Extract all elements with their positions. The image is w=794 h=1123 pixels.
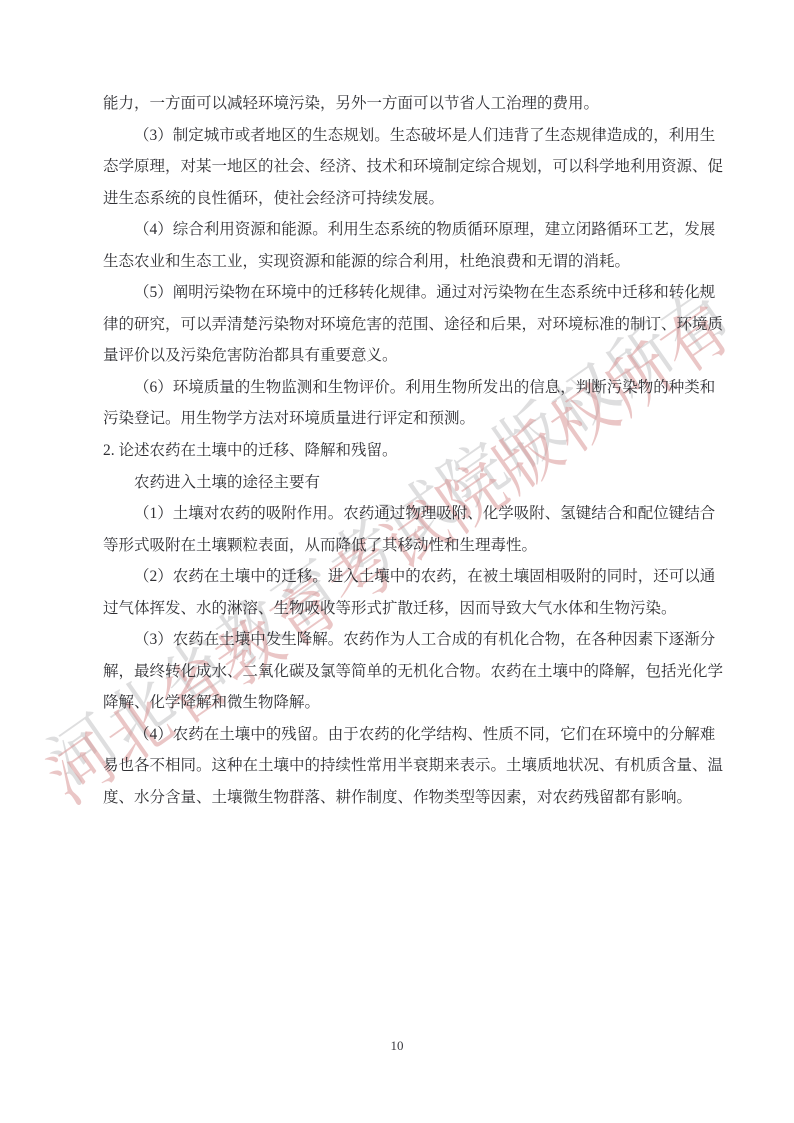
text-line: 进生态系统的良性循环，使社会经济可持续发展。 bbox=[103, 183, 695, 215]
text-line: 降解、化学降解和微生物降解。 bbox=[103, 687, 695, 719]
text-line: 生态农业和生态工业，实现资源和能源的综合利用，杜绝浪费和无谓的消耗。 bbox=[103, 246, 695, 278]
document-body: 能力，一方面可以减轻环境污染，另外一方面可以节省人工治理的费用。（3）制定城市或… bbox=[103, 88, 695, 814]
text-line: （1）土壤对农药的吸附作用。农药通过物理吸附、化学吸附、氢键结合和配位键结合 bbox=[103, 498, 695, 530]
text-line: 量评价以及污染危害防治都具有重要意义。 bbox=[103, 340, 695, 372]
text-line: （5）阐明污染物在环境中的迁移转化规律。通过对污染物在生态系统中迁移和转化规 bbox=[103, 277, 695, 309]
text-line: （4）综合利用资源和能源。利用生态系统的物质循环原理，建立闭路循环工艺，发展 bbox=[103, 214, 695, 246]
page-number: 10 bbox=[0, 1038, 794, 1054]
text-line: 过气体挥发、水的淋溶、生物吸收等形式扩散迁移，因而导致大气水体和生物污染。 bbox=[103, 593, 695, 625]
text-line: （2）农药在土壤中的迁移。进入土壤中的农药，在被土壤固相吸附的同时，还可以通 bbox=[103, 561, 695, 593]
document-page: 河北省教育考试院版权所有 河北省教育考试院版权所有 能力，一方面可以减轻环境污染… bbox=[0, 0, 794, 1123]
text-line: 易也各不相同。这种在土壤中的持续性常用半衰期来表示。土壤质地状况、有机质含量、温 bbox=[103, 750, 695, 782]
text-line: 律的研究，可以弄清楚污染物对环境危害的范围、途径和后果，对环境标准的制订、环境质 bbox=[103, 309, 695, 341]
text-line: 等形式吸附在土壤颗粒表面，从而降低了其移动性和生理毒性。 bbox=[103, 530, 695, 562]
text-line: （6）环境质量的生物监测和生物评价。利用生物所发出的信息，判断污染物的种类和 bbox=[103, 372, 695, 404]
text-line: 态学原理，对某一地区的社会、经济、技术和环境制定综合规划，可以科学地利用资源、促 bbox=[103, 151, 695, 183]
text-line: 能力，一方面可以减轻环境污染，另外一方面可以节省人工治理的费用。 bbox=[103, 88, 695, 120]
text-line: 2. 论述农药在土壤中的迁移、降解和残留。 bbox=[103, 435, 695, 467]
text-line: （3）制定城市或者地区的生态规划。生态破坏是人们违背了生态规律造成的，利用生 bbox=[103, 120, 695, 152]
text-line: 污染登记。用生物学方法对环境质量进行评定和预测。 bbox=[103, 403, 695, 435]
text-line: 度、水分含量、土壤微生物群落、耕作制度、作物类型等因素，对农药残留都有影响。 bbox=[103, 782, 695, 814]
text-line: （4）农药在土壤中的残留。由于农药的化学结构、性质不同，它们在环境中的分解难 bbox=[103, 719, 695, 751]
text-line: 农药进入土壤的途径主要有 bbox=[103, 467, 695, 499]
text-line: 解，最终转化成水、二氧化碳及氯等简单的无机化合物。农药在土壤中的降解，包括光化学 bbox=[103, 656, 695, 688]
text-line: （3）农药在土壤中发生降解。农药作为人工合成的有机化合物，在各种因素下逐渐分 bbox=[103, 624, 695, 656]
